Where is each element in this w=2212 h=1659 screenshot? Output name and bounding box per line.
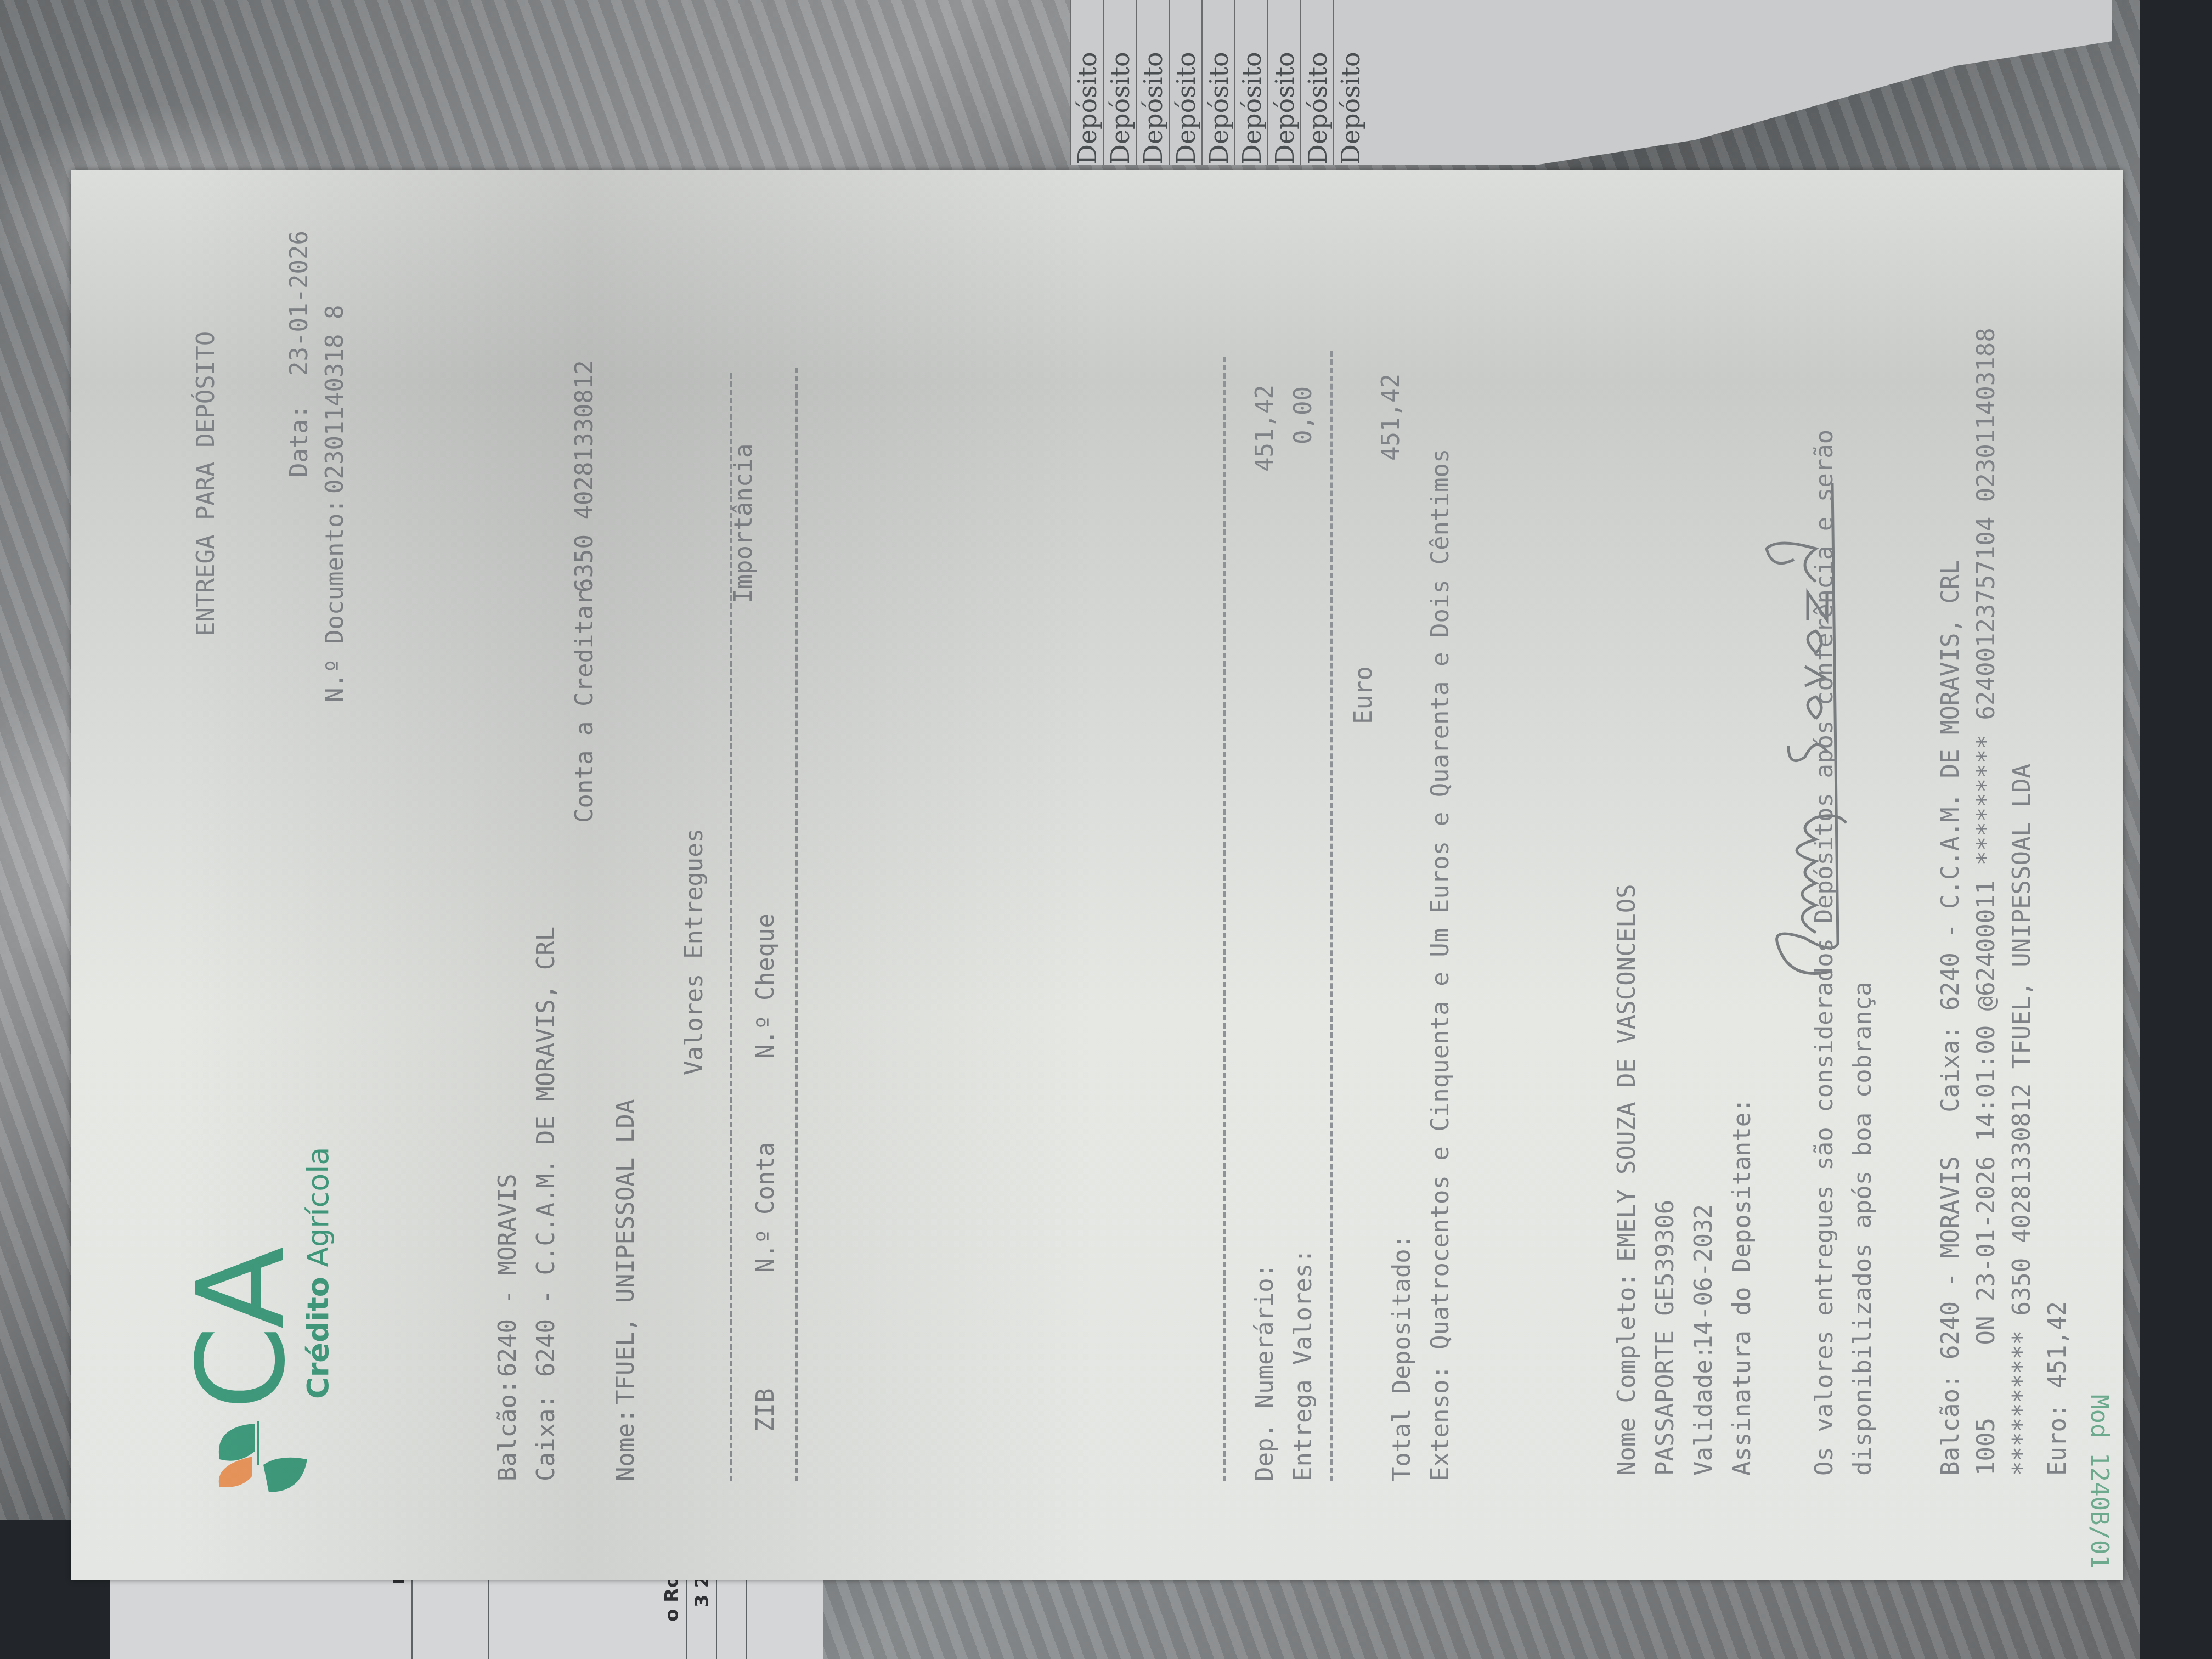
- validity-value: 14-06-2032: [1684, 1204, 1724, 1350]
- caixa-value: 6240 - C.C.A.M. DE MORAVIS, CRL: [527, 927, 566, 1377]
- name-value: TFUEL, UNIPESSOAL LDA: [606, 1099, 646, 1404]
- brand-name: Crédito Agrícola: [302, 1147, 335, 1399]
- date-label: Data:: [280, 405, 319, 477]
- depositor-name-value: EMELY SOUZA DE VASCONCELOS: [1607, 884, 1647, 1262]
- disclaimer-line-2: disponibilizados após boa cobrança: [1843, 981, 1883, 1476]
- stack-slip: Depósito: [1300, 0, 1334, 165]
- divider: [795, 368, 798, 1481]
- account-value: 6350 40281330812: [565, 360, 605, 592]
- date-value: 23-01-2026: [280, 230, 319, 376]
- deposit-receipt: CA Crédito Agrícola ENTREGA PARA DEPÓSIT…: [71, 170, 2123, 1580]
- desk-edge: [2140, 0, 2212, 1659]
- depositor-name-label: Nome Completo:: [1607, 1272, 1647, 1476]
- document-number-value: 02301140318 8: [315, 305, 355, 494]
- col-header-conta: N.º Conta: [746, 1142, 786, 1273]
- footer-line-3: ********** 6350 40281330812 TFUEL, UNIPE…: [2002, 764, 2042, 1476]
- caixa-label: Caixa:: [527, 1394, 566, 1481]
- footer-line-4: Euro: 451,42: [2038, 1301, 2078, 1476]
- receipt-title: ENTREGA PARA DEPÓSITO: [187, 331, 226, 636]
- logo-ca-text: CA: [181, 1250, 302, 1410]
- dep-numerario-value: 451,42: [1245, 385, 1285, 472]
- stack-slip: Depósito: [1234, 0, 1268, 165]
- name-label: Nome:: [606, 1409, 646, 1481]
- stack-slip: Depósito: [1333, 0, 1367, 165]
- footer-line-1: Balcão: 6240 - MORAVIS Caixa: 6240 - C.C…: [1931, 560, 1971, 1476]
- form-code-stamp: Mod 1240B/01: [2079, 1395, 2119, 1569]
- stack-slip: Depósito: [1267, 0, 1301, 165]
- divider: [1223, 357, 1226, 1481]
- total-value: 451,42: [1372, 374, 1411, 461]
- depositor-id: PASSAPORTE GE539306: [1646, 1200, 1685, 1476]
- document-number-label: N.º Documento:: [315, 499, 355, 702]
- valores-heading: Valores Entregues: [675, 828, 714, 1075]
- stack-slip: Depósito: [1070, 0, 1104, 165]
- signature-label: Assinatura do Depositante:: [1723, 1098, 1762, 1476]
- brand-name-rest: Agrícola: [301, 1147, 335, 1267]
- extenso-value: Quatrocentos e Cinquenta e Um Euros e Qu…: [1421, 449, 1460, 1350]
- validity-label: Validade:: [1684, 1345, 1724, 1476]
- extenso-label: Extenso:: [1421, 1365, 1460, 1481]
- stack-slip: Depósito: [1103, 0, 1137, 165]
- account-label: Conta a Creditar:: [565, 576, 605, 823]
- col-header-cheque: N.º Cheque: [746, 913, 786, 1059]
- stack-slip: Depósito: [1201, 0, 1235, 165]
- dep-numerario-label: Dep. Numerário:: [1245, 1263, 1285, 1481]
- balcao-label: Balcão:: [488, 1380, 528, 1481]
- currency-label: Euro: [1344, 666, 1384, 724]
- disclaimer-line-1: Os valores entregues são considerados De…: [1805, 430, 1844, 1476]
- leaf-logo-icon: [208, 1421, 318, 1498]
- row-bank-code: ZIB: [746, 1389, 786, 1432]
- stack-slip: Depósito: [1136, 0, 1170, 165]
- total-label: Total Depositado:: [1383, 1234, 1422, 1481]
- divider: [1330, 351, 1333, 1481]
- col-header-importancia: Importância: [724, 444, 764, 603]
- footer-line-2: 1005 ON 23-01-2026 14:01:00 @62400011 **…: [1967, 328, 2006, 1476]
- balcao-value: 6240 - MORAVIS: [488, 1173, 528, 1377]
- brand-logo: CA Crédito Agrícola: [187, 1059, 329, 1498]
- entrega-valores-label: Entrega Valores:: [1284, 1249, 1323, 1481]
- entrega-valores-value: 0,00: [1284, 386, 1323, 444]
- stack-slip: Depósito: [1169, 0, 1203, 165]
- brand-name-bold: Crédito: [301, 1277, 335, 1399]
